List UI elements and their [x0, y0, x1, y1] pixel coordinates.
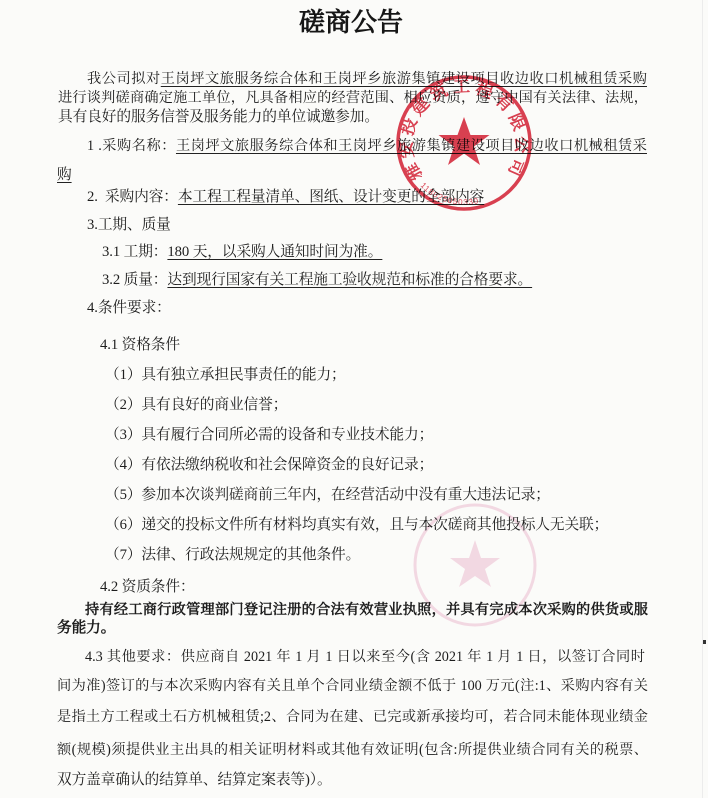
- other-requirements-line-2: 间为准)签订的与本次采购内容有关且单个合同业绩金额不低于 100 万元(注:1、…: [57, 676, 648, 696]
- condition-item: （1）具有独立承担民事责任的能力；: [105, 365, 346, 385]
- intro-line-3: 具有良好的服务信誉及服务能力的单位诚邀参加。: [58, 107, 379, 127]
- procurement-content-value: 本工程工程量清单、图纸、设计变更的全部内容: [178, 189, 484, 205]
- certification-text-line-1: 持有经工商行政管理部门登记注册的合法有效营业执照，并具有完成本次采购的供货或服: [85, 600, 648, 620]
- scan-speck: [703, 640, 706, 644]
- duration-value: 180 天，以采购人通知时间为准。: [167, 244, 382, 260]
- qualification-heading: 4.1 资格条件: [100, 335, 180, 355]
- condition-item: （2）具有良好的商业信誉；: [105, 395, 287, 415]
- condition-item: （4）有依法缴纳税收和社会保障资金的良好记录；: [105, 455, 433, 475]
- condition-item: （7）法律、行政法规规定的其他条件。: [105, 545, 360, 565]
- intro-line-1: 我公司拟对王岗坪文旅服务综合体和王岗坪乡旅游集镇建设项目收边收口机械租赁采购: [87, 69, 647, 89]
- other-requirements-line-3: 是指土方工程或土石方机械租赁;2、合同为在建、已完或新承接均可，若合同未能体现业…: [57, 707, 648, 727]
- certification-text-line-2: 务能力。: [57, 618, 115, 638]
- section-4-heading: 4.条件要求：: [87, 298, 171, 318]
- procurement-name-value-end: 购: [57, 167, 72, 183]
- duration-label: 3.1 工期：: [102, 244, 167, 260]
- condition-item: （5）参加本次谈判磋商前三年内，在经营活动中没有重大违法记录；: [105, 485, 550, 505]
- other-requirements-line-1: 4.3 其他要求：供应商自 2021 年 1 月 1 日以来至今(含 2021 …: [85, 647, 645, 667]
- intro-prefix: 我公司拟对: [87, 71, 161, 87]
- project-name: 王岗坪文旅服务综合体和王岗坪乡旅游集镇建设项目收边收口机械租赁采购: [161, 71, 647, 87]
- condition-item: （6）递交的投标文件所有材料均真实有效，且与本次磋商其他投标人无关联；: [105, 515, 608, 535]
- condition-item: （3）具有履行合同所必需的设备和专业技术能力；: [105, 425, 433, 445]
- certification-heading: 4.2 资质条件：: [100, 577, 195, 597]
- page-title: 磋商公告: [0, 8, 702, 38]
- section-3-heading: 3.工期、质量: [87, 215, 171, 235]
- procurement-name-value: 王岗坪文旅服务综合体和王岗坪乡旅游集镇建设项目收边收口机械租赁采: [176, 138, 647, 154]
- other-requirements-line-4: 额(规模)须提供业主出具的相关证明材料或其他有效证明(包含:所提供业绩合同有关的…: [57, 740, 648, 760]
- intro-line-2: 进行谈判磋商确定施工单位，凡具备相应的经营范围、相应资质，遵守中国有关法律、法规…: [58, 88, 648, 108]
- page-edge: [702, 0, 703, 798]
- quality-value: 达到现行国家有关工程施工验收规范和标准的合格要求。: [167, 272, 532, 288]
- procurement-name-continued: 购: [57, 165, 72, 185]
- procurement-content-row: 2. 采购内容：本工程工程量清单、图纸、设计变更的全部内容: [87, 187, 484, 207]
- other-requirements-line-5: 双方盖章确认的结算单、结算定案表等)）。: [57, 770, 332, 790]
- quality-row: 3.2 质量：达到现行国家有关工程施工验收规范和标准的合格要求。: [102, 270, 532, 290]
- procurement-name-row: 1 .采购名称：王岗坪文旅服务综合体和王岗坪乡旅游集镇建设项目收边收口机械租赁采: [87, 136, 647, 156]
- quality-label: 3.2 质量：: [102, 272, 167, 288]
- scanned-document-page: 磋商公告 我公司拟对王岗坪文旅服务综合体和王岗坪乡旅游集镇建设项目收边收口机械租…: [0, 0, 708, 798]
- duration-row: 3.1 工期：180 天，以采购人通知时间为准。: [102, 242, 382, 262]
- procurement-name-label: 1 .采购名称：: [87, 138, 176, 154]
- procurement-content-label: 2. 采购内容：: [87, 189, 178, 205]
